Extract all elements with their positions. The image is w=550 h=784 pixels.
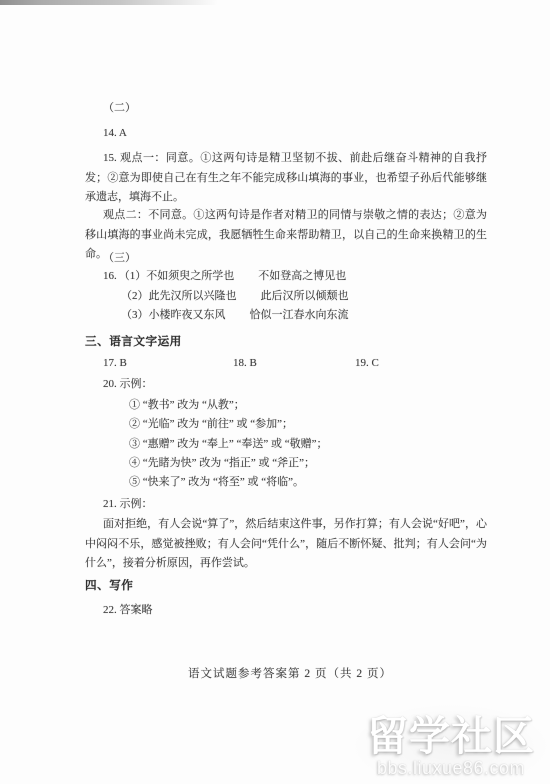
answer-16-item-second: 恰似一江春水向东流 bbox=[250, 309, 349, 321]
watermark-title: 留学社区 bbox=[356, 713, 546, 759]
answer-16-item-no: （1） bbox=[119, 270, 147, 282]
section-heading-language-use: 三、语言文字运用 bbox=[85, 332, 182, 352]
answer-19: 19. C bbox=[355, 354, 379, 374]
answer-15-view-2: 观点二：不同意。①这两句诗是作者对精卫的同情与崇敬之情的表达；②意为移山填海的事… bbox=[85, 206, 487, 265]
answer-16-item-first: 不如须臾之所学也 bbox=[146, 270, 234, 282]
answer-20-item-4: ④ “先睹为快” 改为 “指正” 或 “斧正”； bbox=[129, 454, 315, 474]
answer-20-label: 20. 示例： bbox=[103, 375, 153, 395]
answer-16-item-first: 此先汉所以兴隆也 bbox=[149, 290, 237, 302]
answer-16-row-2: （2）此先汉所以兴隆也此后汉所以倾颓也 bbox=[121, 287, 349, 307]
answer-18: 18. B bbox=[233, 354, 257, 374]
scan-smudge-artifact bbox=[0, 0, 218, 5]
exam-answer-sheet-page: （二） 14. A 15. 观点一：同意。①这两句诗是精卫坚韧不拔、前赴后继奋斗… bbox=[0, 0, 550, 784]
answer-20-item-3: ③ “惠赠” 改为 “奉上” “奉送” 或 “敬赠”； bbox=[129, 435, 328, 455]
answer-16-item-second: 不如登高之博见也 bbox=[258, 270, 346, 282]
answer-16-row-3: （3）小楼昨夜又东风恰似一江春水向东流 bbox=[121, 306, 349, 326]
answer-20-item-1: ① “教书” 改为 “从教”； bbox=[129, 396, 245, 416]
watermark-url: bbs.liuxue86.com bbox=[356, 758, 546, 778]
answer-15-view-1: 15. 观点一：同意。①这两句诗是精卫坚韧不拔、前赴后继奋斗精神的自我抒发；②意… bbox=[85, 149, 487, 208]
answer-22: 22. 答案略 bbox=[103, 601, 153, 621]
answer-17: 17. B bbox=[103, 354, 127, 374]
section-heading-writing: 四、写作 bbox=[85, 576, 133, 596]
answer-16-number: 16. bbox=[103, 270, 117, 282]
answer-21-text: 面对拒绝，有人会说“算了”，然后结束这件事，另作打算；有人会说“好吧”，心中闷闷… bbox=[85, 515, 487, 574]
section-2-label: （二） bbox=[103, 99, 136, 119]
answer-16-item-second: 此后汉所以倾颓也 bbox=[261, 290, 349, 302]
answer-16-item-first: 小楼昨夜又东风 bbox=[149, 309, 226, 321]
answer-16-item-no: （2） bbox=[121, 290, 149, 302]
answer-16-row-1: 16.（1）不如须臾之所学也不如登高之博见也 bbox=[103, 267, 346, 287]
watermark: 留学社区 bbs.liuxue86.com bbox=[354, 705, 548, 780]
answer-21-label: 21. 示例： bbox=[103, 495, 153, 515]
section-3-label: （三） bbox=[103, 249, 136, 269]
answer-20-item-5: ⑤ “快来了” 改为 “将至” 或 “将临”。 bbox=[129, 473, 304, 493]
answer-14: 14. A bbox=[103, 124, 127, 144]
answer-20-item-2: ② “光临” 改为 “前往” 或 “参加”； bbox=[129, 415, 293, 435]
answer-16-item-no: （3） bbox=[121, 309, 149, 321]
page-footer: 语文试题参考答案第 2 页（共 2 页） bbox=[30, 665, 550, 685]
